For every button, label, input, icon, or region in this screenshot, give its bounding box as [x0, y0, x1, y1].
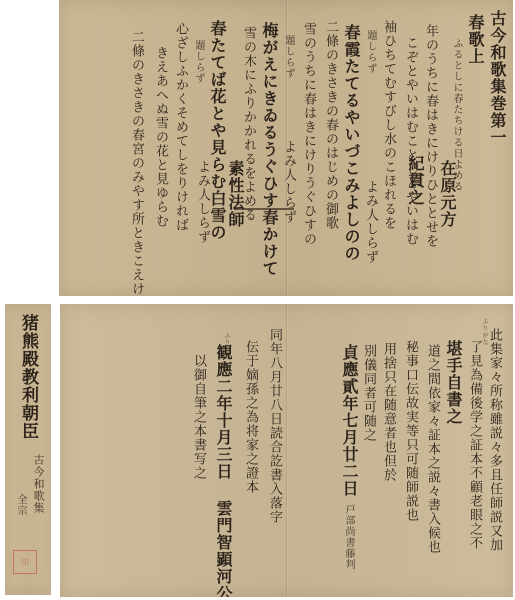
colophon-column-1: 此集家々所称雖説々多且任師説又加 [488, 328, 501, 552]
red-seal-stamp: 印 [13, 550, 37, 574]
column-2: 春歌上 [467, 14, 483, 65]
colophon-column-7: 別儀同者可随之 [362, 344, 375, 442]
colophon-column-2: 了見為備後学之証本不顧老眼之不 [468, 340, 481, 550]
column-24: 二條のきさきの春宮のみやす所ときこえける時 [130, 30, 143, 296]
column-15: よみ人しらず [282, 140, 295, 224]
colophon-column-5: 秘事口伝故実等只可随師説也 [404, 340, 417, 522]
column-14: 題しらず [283, 35, 293, 79]
column-11: 春霞たてるやいづこみよしのの [343, 24, 359, 262]
title-slip-signature: 全宗 [15, 494, 25, 516]
column-18: 素性法師 [227, 160, 243, 228]
column-16: 梅がえにきゐるうぐひす春かけて [261, 22, 277, 277]
column-7: 紀貫之 [407, 155, 423, 206]
column-19: 春たてば花とや見らむ白雪の [209, 20, 225, 241]
column-21: よみ人しらず [196, 160, 209, 244]
colophon-column-9: 戸部尚書藤判 [343, 504, 353, 570]
column-22: 心ざしふかくそめてしをりければ [174, 22, 187, 232]
column-9: 題しらず [365, 30, 375, 74]
colophon-column-11: 伝于嫡孫之為将家之證本 [244, 340, 257, 494]
column-23: きえあへぬ雪の花と見ゆらむ [154, 46, 167, 228]
colophon-column-4: 道之間依家々証本之説々書入候也 [426, 344, 439, 554]
title-slip-subtitle: 古今和歌集 [33, 454, 44, 514]
column-8: 袖ひちてむすびし水のこほれるを [382, 20, 395, 230]
column-10: よみ人しらず [364, 180, 377, 264]
colophon-column-3: 堪手自書之 [445, 340, 461, 425]
column-4: 在原元方 [439, 160, 455, 228]
colophon-column-12: 観應二年十月三日 雲門智顕河公 [215, 344, 231, 597]
column-20: 題しらず [193, 40, 203, 84]
column-1: 古今和歌集巻第一 [489, 10, 505, 146]
title-slip: 猪熊殿教利朝臣 古今和歌集 全宗 印 [5, 304, 51, 595]
center-fold [286, 304, 288, 597]
top-manuscript-spread: 古今和歌集巻第一 春歌上 ふるとしに春たちける日よめる 在原元方 年のうちに春は… [59, 0, 513, 296]
colophon-column-13: 以御自筆之本書写之 [192, 354, 205, 480]
title-slip-name: 猪熊殿教利朝臣 [19, 314, 36, 440]
colophon-column-8: 貞應貳年七月廿二日 [341, 344, 357, 497]
colophon-column-10: 同年八月廿八日読合訖書入落字 [268, 328, 281, 524]
column-13: 雪のうちに春はきにけりうぐひすの [302, 22, 315, 246]
bottom-manuscript-spread: ふりがな 此集家々所称雖説々多且任師説又加 了見為備後学之証本不顧老眼之不 堪手… [60, 304, 513, 597]
column-12: 二條のきさきの春のはじめの御歌 [324, 20, 337, 230]
colophon-column-6: 用捨只在随意者也但於 [382, 342, 395, 482]
column-5: 年のうちに春はきにけりひととせを [424, 24, 437, 248]
column-6: こぞとやいはむことしとやいはむ [404, 36, 417, 246]
